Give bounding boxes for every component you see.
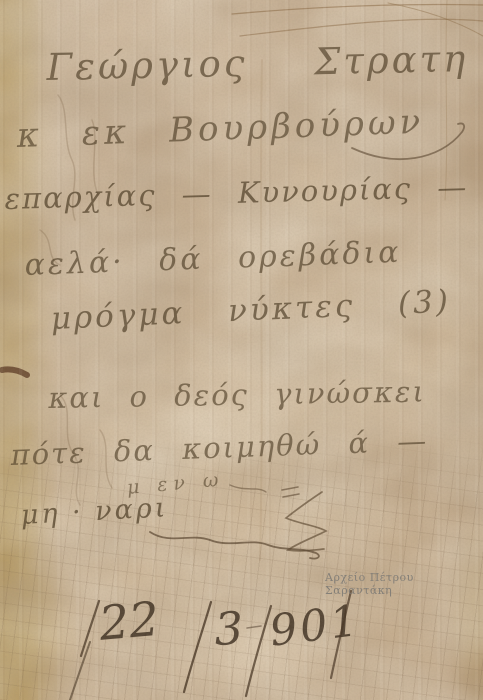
handwriting-line: Γεώργιος Στρατη	[46, 37, 469, 89]
zigzag-scribble	[286, 492, 326, 551]
crease-line	[240, 19, 483, 36]
date-slash	[81, 601, 99, 656]
manuscript-photo: Γεώργιος Στρατη κ εκ Βουρβούρων επαρχίας…	[0, 0, 483, 700]
stain-dash	[2, 369, 27, 375]
date-slash	[70, 642, 90, 700]
handwriting-line: αελά· δά ορεβάδια	[24, 235, 402, 283]
date-day: 22	[97, 592, 161, 652]
crease-line	[388, 3, 483, 36]
date-tick	[247, 626, 261, 628]
scribble-flourish	[230, 485, 266, 492]
crease-line	[232, 4, 483, 14]
handwriting-line: μρόγμα νύκτες (3)	[50, 284, 452, 337]
handwriting-line: πότε δα κοιμηθώ ά —	[10, 423, 429, 472]
handwriting-line: κ εκ Βουρβούρων	[16, 102, 425, 156]
handwriting-line: μη · ναρι	[20, 492, 169, 531]
watermark-credit: Αρχείο Πέτρου Σαραντάκη	[325, 571, 483, 597]
handwriting-line: και ο δεός γινώσκει	[48, 374, 426, 415]
date-month: 3	[213, 602, 244, 656]
paper-crackle	[0, 430, 483, 700]
equals-mark	[282, 487, 299, 497]
wavy-underline	[150, 532, 319, 559]
date-slash	[246, 606, 271, 696]
date-slash	[184, 602, 211, 692]
handwriting-line: επαρχίας — Κυνουρίας —	[4, 170, 469, 216]
date-year: 901	[267, 596, 363, 657]
